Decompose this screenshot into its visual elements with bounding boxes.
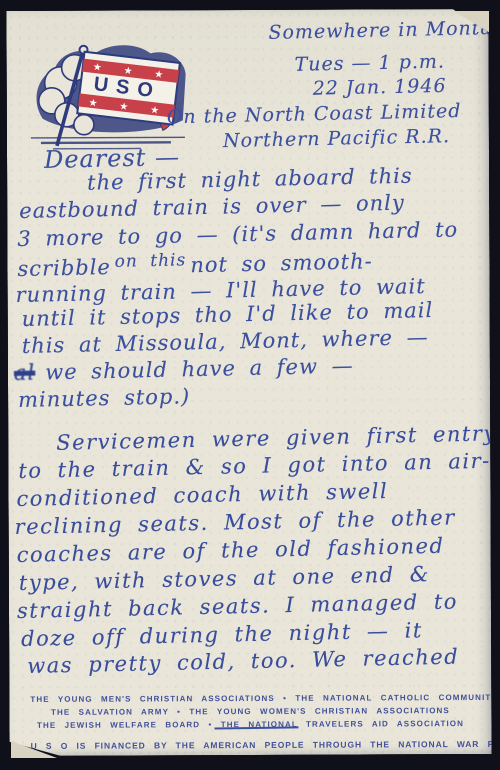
footer-orgs-line: THE SALVATION ARMY • THE YOUNG WOMEN'S C…	[30, 706, 470, 717]
dateline-date: 22 Jan. 1946	[312, 75, 446, 100]
dateline-location: Somewhere in Montana	[268, 16, 500, 43]
letter-line: this at Missoula, Mont, where —	[22, 325, 429, 358]
letter-line: alwe should have a few —	[14, 354, 354, 385]
svg-text:★: ★	[88, 98, 98, 110]
letter-line: conditioned coach with swell	[16, 479, 388, 511]
line-segment: not so smooth-	[190, 249, 373, 277]
inserted-words: on this	[114, 250, 186, 272]
letter-line: 3 more to go — (it's damn hard to	[17, 217, 458, 251]
footer-funding-line: U S O IS FINANCED BY THE AMERICAN PEOPLE…	[31, 739, 471, 751]
flag: ★★★ ★★★ USO	[77, 52, 180, 125]
line-segment: scribble	[17, 255, 111, 281]
letter-scan: ★★★ ★★★ USO Somewhere in Montana Tues — …	[0, 0, 500, 770]
crossed-out-word: al	[14, 361, 36, 385]
letter-line: was pretty cold, too. We reached	[27, 645, 459, 678]
stationery-paper: ★★★ ★★★ USO Somewhere in Montana Tues — …	[6, 9, 491, 756]
dateline-time: Tues — 1 p.m.	[294, 51, 445, 76]
svg-text:★: ★	[149, 105, 159, 117]
letter-line: minutes stop.)	[18, 384, 191, 412]
ink-underline-mark	[214, 726, 298, 729]
svg-text:★: ★	[92, 62, 102, 74]
line-segment: we should have a few —	[45, 354, 354, 385]
letter-line: coaches are of the old fashioned	[16, 534, 444, 567]
dateline-railroad: Northern Pacific R.R.	[223, 125, 451, 152]
footer-orgs-line: THE YOUNG MEN'S CHRISTIAN ASSOCIATIONS •…	[30, 693, 470, 704]
dateline-train: On the North Coast Limited	[167, 100, 462, 128]
uso-flag-logo: ★★★ ★★★ USO	[22, 38, 203, 159]
letter-line: eastbound train is over — only	[19, 191, 405, 223]
svg-text:★: ★	[119, 101, 129, 113]
letter-line: type, with stoves at one end &	[19, 562, 431, 595]
